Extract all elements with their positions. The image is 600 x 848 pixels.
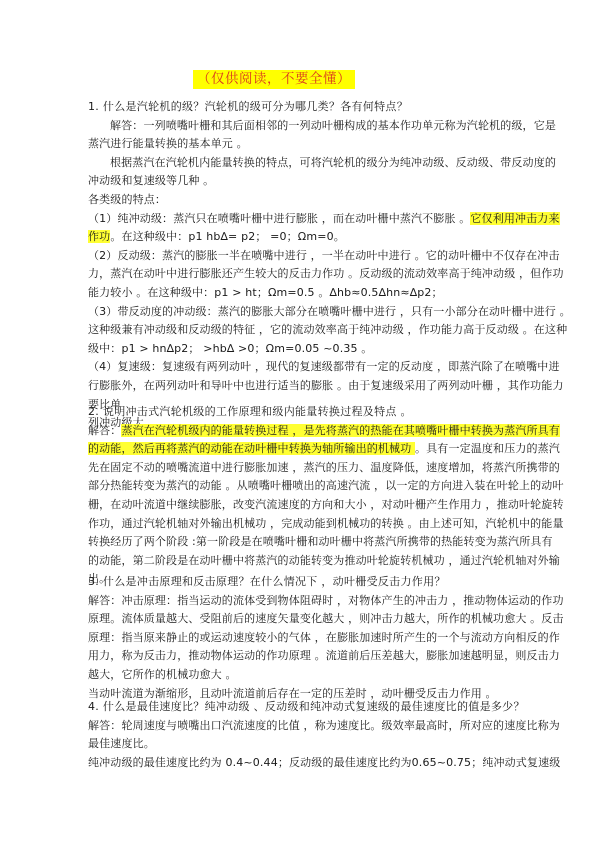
answer-line: 冲动级和复速级等几种 。 <box>88 172 514 191</box>
answer-line: （3）带反动度的冲动级：蒸汽的膨胀大部分在喷嘴叶栅中进行 ，只有一小部分在动叶栅… <box>88 303 514 322</box>
answer-line: 最佳速度比。 <box>88 735 514 754</box>
answer-line: 能力较小 。在这种级中：p1 > ht；Ωm=0.5 。∆hb≈0.5∆hn≈∆… <box>88 284 514 303</box>
answer-line: 部分热能转变为蒸汽的动能 。从喷嘴叶栅喷出的高速汽流 ，以一定的方向进入装在叶轮… <box>88 477 514 496</box>
question-1: 1. 什么是汽轮机的级？汽轮机的级可分为哪几类？各有何特点？ <box>88 98 514 117</box>
highlighted-text: 作功 <box>88 230 110 243</box>
answer-line: 力，蒸汽在动叶中进行膨胀还产生较大的反击力作功 。反动级的流动效率高于纯冲动级 … <box>88 265 514 284</box>
answer-line: 先在固定不动的喷嘴流道中进行膨胀加速 ，蒸汽的压力、温度降低，速度增加，将蒸汽所… <box>88 459 514 478</box>
answer-line: 解答：一列喷嘴叶栅和其后面相邻的一列动叶栅构成的基本作功单元称为汽轮机的级，它是 <box>88 117 514 136</box>
answer-line: 蒸汽进行能量转换的基本单元 。 <box>88 135 514 154</box>
question-2: 2. 说明冲击式汽轮机级的工作原理和级内能量转换过程及特点 。 <box>88 403 514 422</box>
question-3: 3. 什么是冲击原理和反击原理？在什么情况下 ，动叶栅受反击力作用？ <box>88 573 514 592</box>
answer-label: 解答： <box>88 424 121 437</box>
answer-line: 各类级的特点： <box>88 191 514 210</box>
answer-line: 解答：冲击原理：指当运动的流体受到物体阻碍时 ，对物体产生的冲击力 ，推动物体运… <box>88 592 514 611</box>
answer-line: （2）反动级：蒸汽的膨胀一半在喷嘴中进行 ，一半在动叶中进行 。它的动叶栅中不仅… <box>88 247 514 266</box>
answer-line: 用力，称为反击力，推动物体运动的作功原理 。流道前后压差越大，膨胀加速越明显，则… <box>88 647 514 666</box>
answer-text: （1）纯冲动级：蒸汽只在喷嘴叶栅中进行膨胀 ，而在动叶栅中蒸汽不膨胀 。 <box>88 212 470 225</box>
document-page: （仅供阅读，不要全懂） 1. 什么是汽轮机的级？汽轮机的级可分为哪几类？各有何特… <box>0 0 600 848</box>
answer-line: 的动能，第二阶段是在动叶栅中将蒸汽的动能转变为推动叶轮旋转机械功 ，通过汽轮机轴… <box>88 552 514 571</box>
answer-line: 根据蒸汽在汽轮机内能量转换的特点，可将汽轮机的级分为纯冲动级、反动级、带反动度的 <box>88 154 514 173</box>
answer-line: 原理。流体质量越大、受阻前后的速度矢量变化越大 ，则冲击力越大，所作的机械功愈大… <box>88 610 514 629</box>
section-1: 1. 什么是汽轮机的级？汽轮机的级可分为哪几类？各有何特点？ 解答：一列喷嘴叶栅… <box>88 98 514 433</box>
answer-line: 纯冲动级的最佳速度比约为 0.4~0.44；反动级的最佳速度比约为0.65~0.… <box>88 754 514 773</box>
answer-text: 。在这种级中：p1 hb∆= p2； =0；Ωm=0。 <box>110 230 345 243</box>
highlighted-text: 的动能，然后再将蒸汽的动能在动叶栅中转换为轴所输出的机械功 <box>88 442 415 455</box>
answer-line: 解答：轮周速度与喷嘴出口汽流速度的比值 ，称为速度比。级效率最高时，所对应的速度… <box>88 717 514 736</box>
answer-line: （4）复速级：复速级有两列动叶 ，现代的复速级都带有一定的反动度 ，即蒸汽除了在… <box>88 358 514 377</box>
answer-line: 行膨胀外，在两列动叶和导叶中也进行适当的膨胀 。由于复速级采用了两列动叶栅 ，其… <box>88 377 514 396</box>
question-4: 4. 什么是最佳速度比？纯冲动级 、反动级和纯冲动式复速级的最佳速度比的值是多少… <box>88 698 514 717</box>
answer-line: 原理：指当原来静止的或运动速度较小的气体 ，在膨胀加速时所产生的一个与流动方向相… <box>88 629 514 648</box>
answer-line: 作功，通过汽轮机轴对外输出机械功 ，完成动能到机械功的转换 。由上述可知，汽轮机… <box>88 515 514 534</box>
answer-line: 解答：蒸汽在汽轮机级内的能量转换过程 ，是先将蒸汽的热能在其喷嘴叶栅中转换为蒸汽… <box>88 422 514 441</box>
answer-line: 越大，它所作的机械功愈大 。 <box>88 666 514 685</box>
answer-line: 级中：p1 > hn∆p2； >hb∆ >0；Ωm=0.05 ~0.35 。 <box>88 340 514 359</box>
answer-line: 栅，在动叶流道中继续膨胀，改变汽流速度的方向和大小 ，对动叶栅产生作用力 ，推动… <box>88 496 514 515</box>
answer-line: 的动能，然后再将蒸汽的动能在动叶栅中转换为轴所输出的机械功 。具有一定温度和压力… <box>88 440 514 459</box>
answer-line: 作功。在这种级中：p1 hb∆= p2； =0；Ωm=0。 <box>88 228 514 247</box>
section-4: 4. 什么是最佳速度比？纯冲动级 、反动级和纯冲动式复速级的最佳速度比的值是多少… <box>88 698 514 772</box>
highlighted-text: 它仅利用冲击力来 <box>470 212 559 225</box>
highlighted-text: 蒸汽在汽轮机级内的能量转换过程 ，是先将蒸汽的热能在其喷嘴叶栅中转换为蒸汽所具有 <box>121 424 560 437</box>
answer-text: 。具有一定温度和压力的蒸汽 <box>415 442 560 455</box>
page-title: （仅供阅读，不要全懂） <box>193 70 355 89</box>
section-3: 3. 什么是冲击原理和反击原理？在什么情况下 ，动叶栅受反击力作用？ 解答：冲击… <box>88 573 514 703</box>
answer-line: （1）纯冲动级：蒸汽只在喷嘴叶栅中进行膨胀 ，而在动叶栅中蒸汽不膨胀 。它仅利用… <box>88 210 514 229</box>
answer-line: 这种级兼有冲动级和反动级的特征 ，它的流动效率高于纯冲动级 ，作功能力高于反动级… <box>88 321 514 340</box>
answer-line: 转换经历了两个阶段 :第一阶段是在喷嘴叶栅和动叶栅中将蒸汽所携带的热能转变为蒸汽… <box>88 533 514 552</box>
section-2: 2. 说明冲击式汽轮机级的工作原理和级内能量转换过程及特点 。 解答：蒸汽在汽轮… <box>88 403 514 589</box>
